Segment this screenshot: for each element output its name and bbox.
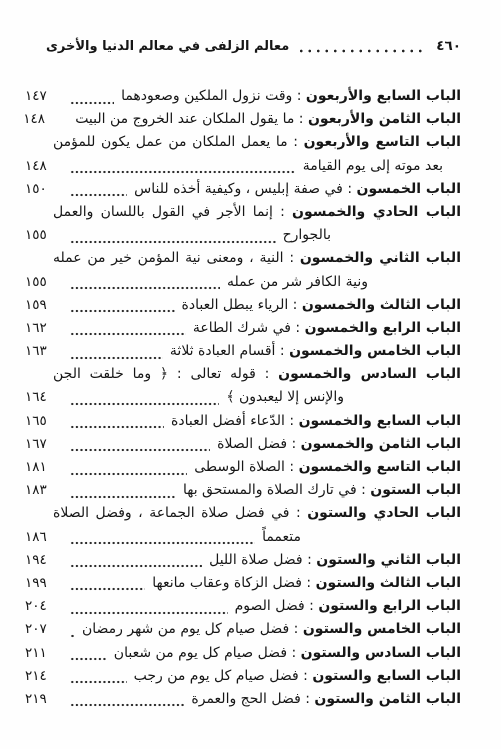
entry-page-number: ١٥٥ xyxy=(25,271,61,294)
chapter-description: فضل صيام كل يوم من شعبان xyxy=(114,645,287,661)
entry-page-number: ٢١١ xyxy=(25,642,61,665)
chapter-title: الباب الثامن والخمسون xyxy=(301,436,461,452)
chapter-title: الباب السادس والخمسون xyxy=(278,366,461,382)
toc-entry: الباب السابع والخمسون : الدّعاء أفضل الع… xyxy=(25,410,461,433)
chapter-separator: : xyxy=(285,459,299,475)
chapter-description-continuation: ونية الكافر شر من عمله xyxy=(227,271,368,294)
chapter-separator: : xyxy=(287,436,301,452)
toc-entry-first-line: الباب السادس والخمسون : قوله تعالى : ﴿ و… xyxy=(25,363,461,386)
toc-entry: الباب السادس والستون : فضل صيام كل يوم م… xyxy=(25,642,461,665)
toc-entry-text: الباب الخامس والستون : فضل صيام كل يوم م… xyxy=(82,618,461,641)
toc-entry: الباب الرابع والستون : فضل الصوم٢٠٤ xyxy=(25,595,461,618)
toc-entry: الباب الستون : في تارك الصلاة والمستحق ب… xyxy=(25,479,461,502)
dot-leader xyxy=(70,224,276,247)
chapter-title: الباب الثاني والخمسون xyxy=(300,250,461,266)
chapter-title: الباب الحادي والخمسون xyxy=(292,204,461,220)
toc-entry: الباب الثالث والستون : فضل الزكاة وعقاب … xyxy=(25,572,461,595)
dot-leader xyxy=(70,456,187,479)
dot-leader xyxy=(70,155,296,178)
chapter-separator: : xyxy=(294,111,308,127)
chapter-separator: : xyxy=(302,575,316,591)
chapter-description: النية ، ومعنى نية المؤمن خير من عمله xyxy=(53,250,284,266)
chapter-title: الباب السابع والأربعون xyxy=(306,88,461,104)
chapter-description: وقت نزول الملكين وصعودهما xyxy=(121,88,292,104)
toc-entry-text: الباب السادس والستون : فضل صيام كل يوم م… xyxy=(114,642,461,665)
toc-entry-continuation: ونية الكافر شر من عمله١٥٥ xyxy=(25,271,461,294)
chapter-title: الباب الثامن والأربعون xyxy=(308,111,461,127)
chapter-title: الباب السادس والستون xyxy=(301,645,461,661)
toc-entry-text: الباب الرابع والخمسون : في شرك الطاعة xyxy=(193,317,461,340)
toc-entry-text: الباب السابع والخمسون : الدّعاء أفضل الع… xyxy=(171,410,461,433)
book-title: معالم الزلفى في معالم الدنيا والأخرى xyxy=(46,39,289,54)
chapter-description-continuation: متعمماً xyxy=(262,526,301,549)
chapter-separator: : xyxy=(256,366,278,382)
chapter-description: الدّعاء أفضل العبادة xyxy=(171,413,285,429)
toc-entry-first-line: الباب الحادي والخمسون : إنما الأجر في ال… xyxy=(25,201,461,224)
dot-leader xyxy=(70,294,175,317)
toc-entry-text: الباب الرابع والستون : فضل الصوم xyxy=(235,595,461,618)
running-header: ٤٦٠ معالم الزلفى في معالم الدنيا والأخرى xyxy=(46,34,461,58)
chapter-title: الباب السابع والستون xyxy=(312,668,461,684)
chapter-description-continuation: بالجوارح xyxy=(283,224,331,247)
dot-leader xyxy=(70,410,164,433)
chapter-title: الباب الخمسون xyxy=(357,181,461,197)
chapter-separator: : xyxy=(285,413,299,429)
chapter-separator: : xyxy=(273,204,292,220)
toc-entry: الباب السابع والستون : فضل صيام كل يوم م… xyxy=(25,665,461,688)
dot-leader xyxy=(70,526,255,549)
chapter-description-continuation: بعد موته إلى يوم القيامة xyxy=(303,155,443,178)
toc-entry-text: الباب الثامن والأربعون : ما يقول الملكان… xyxy=(75,108,461,131)
chapter-title: الباب الرابع والخمسون xyxy=(305,320,461,336)
toc-list: الباب السابع والأربعون : وقت نزول الملكي… xyxy=(25,85,461,711)
dot-leader xyxy=(70,618,75,641)
chapter-title: الباب الثالث والخمسون xyxy=(302,297,461,313)
toc-entry-first-line: الباب الحادي والستون : في فضل صلاة الجما… xyxy=(25,502,461,525)
chapter-description: الصلاة الوسطى xyxy=(194,459,285,475)
entry-page-number: ٢٠٧ xyxy=(25,618,61,641)
header-page-number: ٤٦٠ xyxy=(436,38,461,54)
chapter-description: في صفة إبليس ، وكيفية أخذه للناس xyxy=(134,181,343,197)
chapter-description: قوله تعالى : ﴿ وما خلقت الجن xyxy=(53,366,256,382)
toc-entry: الباب الثامن والأربعون : ما يقول الملكان… xyxy=(25,108,461,131)
chapter-description: في تارك الصلاة والمستحق بها xyxy=(183,482,357,498)
toc-entry-continuation: متعمماً١٨٦ xyxy=(25,526,461,549)
entry-page-number: ١٨٦ xyxy=(25,526,61,549)
entry-page-number: ٢١٩ xyxy=(25,688,61,711)
dot-leader xyxy=(70,85,114,108)
entry-page-number: ١٤٨ xyxy=(23,108,59,131)
entry-page-number: ٢١٤ xyxy=(25,665,61,688)
chapter-description: فضل الزكاة وعقاب مانعها xyxy=(152,575,302,591)
entry-page-number: ١٤٧ xyxy=(25,85,61,108)
chapter-separator: : xyxy=(343,181,357,197)
book-page: ٤٦٠ معالم الزلفى في معالم الدنيا والأخرى… xyxy=(0,0,501,749)
toc-entry: الباب التاسع والخمسون : الصلاة الوسطى١٨١ xyxy=(25,456,461,479)
toc-entry-text: الباب الثامن والخمسون : فضل الصلاة xyxy=(217,433,461,456)
chapter-description: فضل الصوم xyxy=(235,598,305,614)
entry-page-number: ١٦٢ xyxy=(25,317,61,340)
toc-entry-first-line: الباب التاسع والأربعون : ما يعمل الملكان… xyxy=(25,131,461,154)
toc-entry-text: الباب الثامن والستون : فضل الحج والعمرة xyxy=(191,688,461,711)
toc-entry-text: الباب الستون : في تارك الصلاة والمستحق ب… xyxy=(183,479,461,502)
chapter-description: في فضل صلاة الجماعة ، وفضل الصلاة xyxy=(53,505,289,521)
toc-entry: الباب الثاني والستون : فضل صلاة الليل١٩٤ xyxy=(25,549,461,572)
dot-leader xyxy=(70,665,127,688)
chapter-title: الباب الخامس والخمسون xyxy=(289,343,461,359)
dot-leader xyxy=(70,572,145,595)
dot-leader xyxy=(70,642,107,665)
chapter-separator: : xyxy=(275,343,289,359)
dot-leader xyxy=(70,479,176,502)
entry-page-number: ٢٠٤ xyxy=(25,595,61,618)
chapter-title: الباب الخامس والستون xyxy=(303,621,461,637)
chapter-title: الباب الثامن والستون xyxy=(314,691,461,707)
dot-leader xyxy=(70,688,184,711)
dot-leader xyxy=(70,549,202,572)
toc-entry: الباب الثامن والخمسون : فضل الصلاة١٦٧ xyxy=(25,433,461,456)
toc-entry-text: الباب الثاني والستون : فضل صلاة الليل xyxy=(209,549,461,572)
toc-entry: الباب السابع والأربعون : وقت نزول الملكي… xyxy=(25,85,461,108)
chapter-title: الباب التاسع والأربعون xyxy=(304,134,461,150)
toc-entry-text: الباب السابع والستون : فضل صيام كل يوم م… xyxy=(134,665,461,688)
chapter-description: أقسام العبادة ثلاثة xyxy=(170,343,276,359)
entry-page-number: ١٩٤ xyxy=(25,549,61,572)
toc-entry-text: الباب السابع والأربعون : وقت نزول الملكي… xyxy=(121,85,461,108)
toc-entry-first-line: الباب الثاني والخمسون : النية ، ومعنى ني… xyxy=(25,247,461,270)
dot-leader xyxy=(70,595,228,618)
toc-entry: الباب الخامس والستون : فضل صيام كل يوم م… xyxy=(25,618,461,641)
chapter-separator: : xyxy=(291,320,305,336)
entry-page-number: ١٨٣ xyxy=(25,479,61,502)
chapter-separator: : xyxy=(289,621,303,637)
chapter-description: فضل صيام كل يوم من رجب xyxy=(134,668,299,684)
toc-entry-continuation: بالجوارح١٥٥ xyxy=(25,224,461,247)
chapter-description: ما يعمل الملكان من عمل يكون للمؤمن xyxy=(53,134,288,150)
chapter-title: الباب الرابع والستون xyxy=(318,598,461,614)
dot-leader xyxy=(70,317,186,340)
chapter-description: ما يقول الملكان عند الخروج من البيت xyxy=(75,111,294,127)
toc-entry: الباب الثامن والستون : فضل الحج والعمرة٢… xyxy=(25,688,461,711)
entry-page-number: ١٩٩ xyxy=(25,572,61,595)
entry-page-number: ١٥٥ xyxy=(25,224,61,247)
entry-page-number: ١٦٣ xyxy=(25,340,61,363)
toc-entry-continuation: والإنس إلا ليعبدون ﴾١٦٤ xyxy=(25,386,461,409)
chapter-separator: : xyxy=(289,505,307,521)
chapter-separator: : xyxy=(284,250,300,266)
chapter-description: فضل صيام كل يوم من شهر رمضان xyxy=(82,621,289,637)
chapter-description: فضل صلاة الليل xyxy=(209,552,303,568)
toc-entry-text: الباب التاسع والخمسون : الصلاة الوسطى xyxy=(194,456,461,479)
chapter-separator: : xyxy=(301,691,315,707)
dot-leader xyxy=(70,271,220,294)
chapter-title: الباب الثاني والستون xyxy=(316,552,461,568)
toc-entry-text: الباب الخامس والخمسون : أقسام العبادة ثل… xyxy=(170,340,461,363)
dot-leader xyxy=(70,340,163,363)
entry-page-number: ١٥٠ xyxy=(25,178,61,201)
dot-leader xyxy=(70,433,210,456)
toc-entry-text: الباب الخمسون : في صفة إبليس ، وكيفية أخ… xyxy=(134,178,461,201)
header-dot-leader xyxy=(297,34,426,58)
chapter-separator: : xyxy=(288,134,304,150)
toc-entry-text: الباب الثالث والخمسون : الرياء يبطل العب… xyxy=(182,294,461,317)
entry-page-number: ١٦٥ xyxy=(25,410,61,433)
chapter-title: الباب الثالث والستون xyxy=(316,575,461,591)
entry-page-number: ١٨١ xyxy=(25,456,61,479)
entry-page-number: ١٦٧ xyxy=(25,433,61,456)
chapter-separator: : xyxy=(305,598,319,614)
chapter-title: الباب الحادي والستون xyxy=(307,505,461,521)
toc-entry: الباب الخامس والخمسون : أقسام العبادة ثل… xyxy=(25,340,461,363)
entry-page-number: ١٤٨ xyxy=(25,155,61,178)
chapter-description-continuation: والإنس إلا ليعبدون ﴾ xyxy=(226,386,344,409)
toc-entry: الباب الثالث والخمسون : الرياء يبطل العب… xyxy=(25,294,461,317)
chapter-separator: : xyxy=(288,297,302,313)
chapter-title: الباب الستون xyxy=(370,482,461,498)
chapter-description: الرياء يبطل العبادة xyxy=(182,297,289,313)
toc-entry: الباب الرابع والخمسون : في شرك الطاعة١٦٢ xyxy=(25,317,461,340)
toc-entry-text: الباب الثالث والستون : فضل الزكاة وعقاب … xyxy=(152,572,461,595)
toc-entry: الباب الخمسون : في صفة إبليس ، وكيفية أخ… xyxy=(25,178,461,201)
chapter-description: فضل الصلاة xyxy=(217,436,287,452)
chapter-separator: : xyxy=(303,552,317,568)
toc-entry-continuation: بعد موته إلى يوم القيامة١٤٨ xyxy=(25,155,461,178)
chapter-title: الباب التاسع والخمسون xyxy=(299,459,461,475)
dot-leader xyxy=(70,178,127,201)
dot-leader xyxy=(70,386,219,409)
chapter-description: إنما الأجر في القول باللسان والعمل xyxy=(53,204,273,220)
chapter-title: الباب السابع والخمسون xyxy=(299,413,461,429)
chapter-separator: : xyxy=(357,482,371,498)
entry-page-number: ١٥٩ xyxy=(25,294,61,317)
entry-page-number: ١٦٤ xyxy=(25,386,61,409)
chapter-separator: : xyxy=(287,645,301,661)
chapter-separator: : xyxy=(299,668,313,684)
chapter-description: فضل الحج والعمرة xyxy=(191,691,300,707)
chapter-separator: : xyxy=(292,88,306,104)
chapter-description: في شرك الطاعة xyxy=(193,320,291,336)
